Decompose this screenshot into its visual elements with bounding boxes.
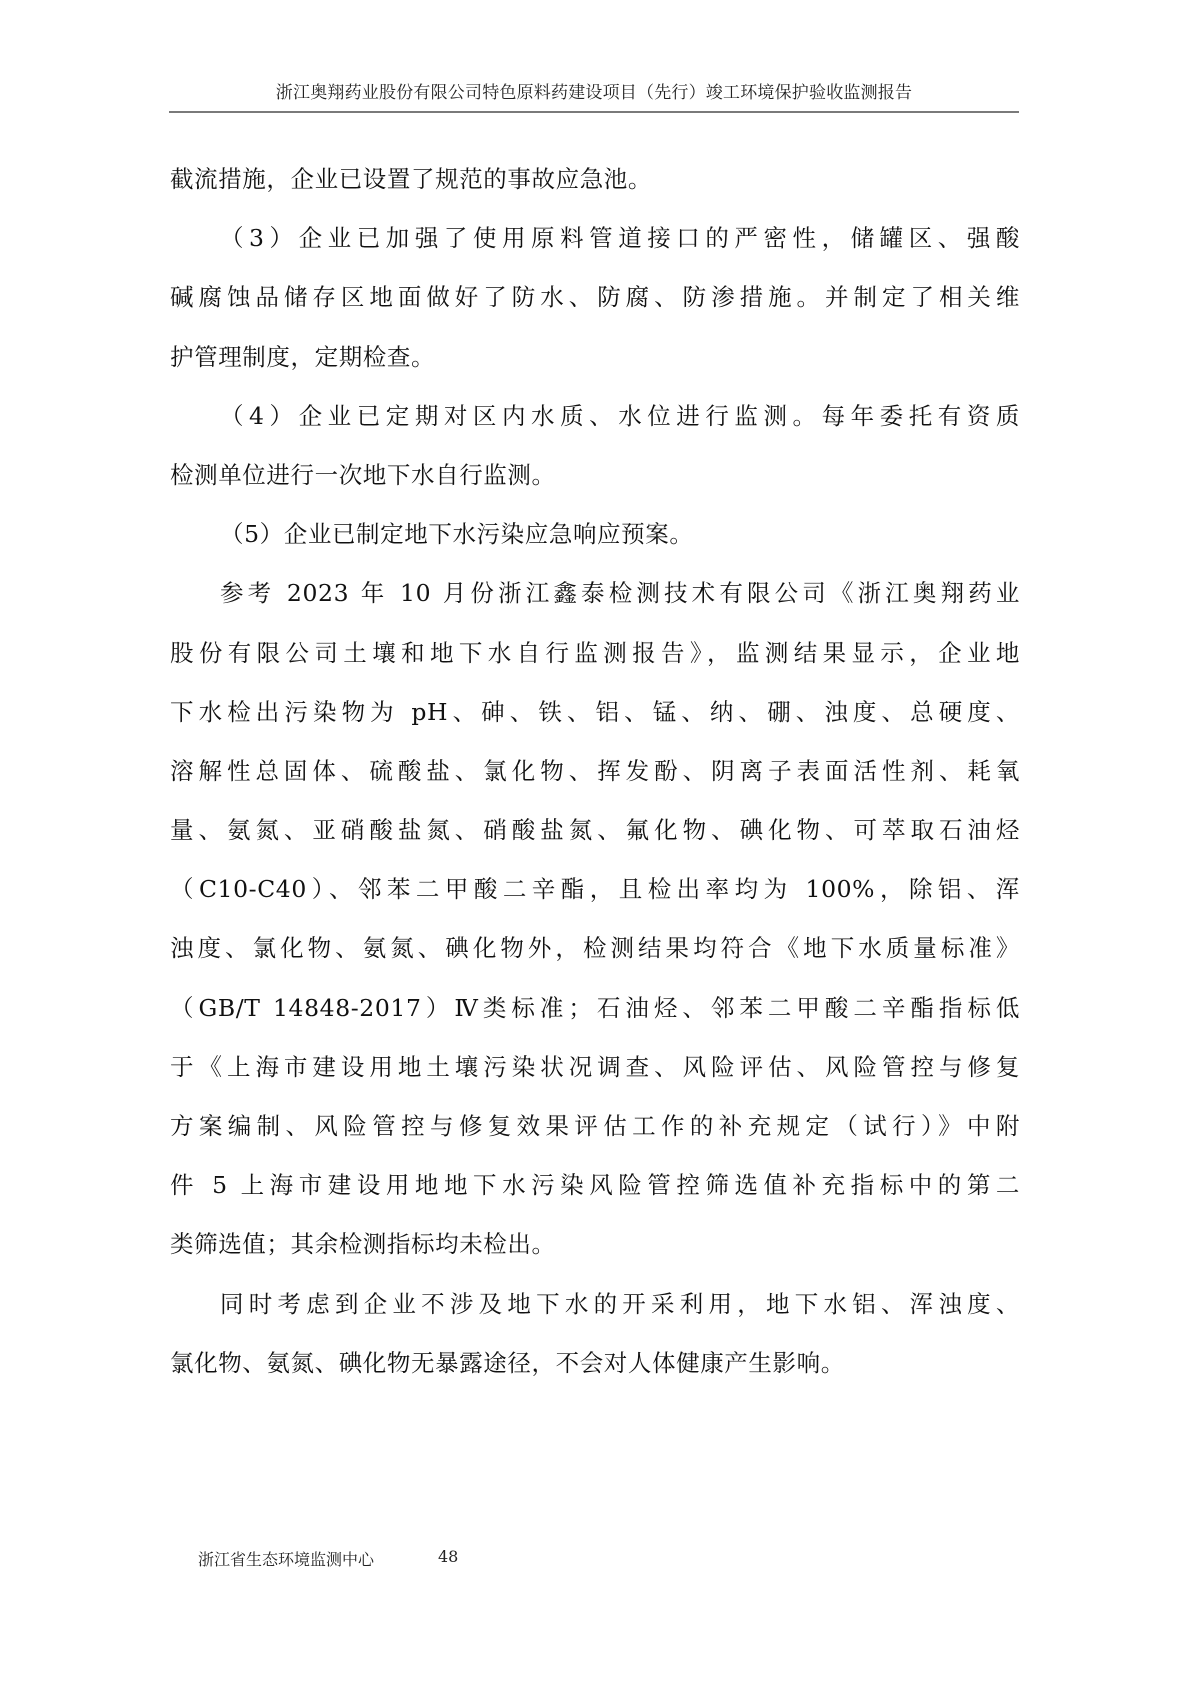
text-line: 参考 2023 年 10 月份浙江鑫泰检测技术有限公司《浙江奥翔药业 [170,564,1020,623]
text-line: 护管理制度，定期检查。 [170,328,1020,387]
text-line: （C10-C40）、邻苯二甲酸二辛酯，且检出率均为 100%，除铝、浑 [170,860,1020,919]
text-line: （5）企业已制定地下水污染应急响应预案。 [170,505,1020,564]
text-line: 检测单位进行一次地下水自行监测。 [170,446,1020,505]
paragraph-exposure: 同时考虑到企业不涉及地下水的开采利用，地下水铝、浑浊度、 氯化物、氨氮、碘化物无… [170,1275,1020,1393]
text-line: （4）企业已定期对区内水质、水位进行监测。每年委托有资质 [170,387,1020,446]
text-line: 量、氨氮、亚硝酸盐氮、硝酸盐氮、氟化物、碘化物、可萃取石油烃 [170,801,1020,860]
text-line: 下水检出污染物为 pH、砷、铁、铝、锰、纳、硼、浊度、总硬度、 [170,683,1020,742]
text-line: 氯化物、氨氮、碘化物无暴露途径，不会对人体健康产生影响。 [170,1334,1020,1393]
text-line: 类筛选值；其余检测指标均未检出。 [170,1215,1020,1274]
page-footer: 浙江省生态环境监测中心 48 [0,1547,1190,1577]
text-line: 碱腐蚀品储存区地面做好了防水、防腐、防渗措施。并制定了相关维 [170,268,1020,327]
page-header: 浙江奥翔药业股份有限公司特色原料药建设项目（先行）竣工环境保护验收监测报告 [169,80,1019,106]
report-title: 浙江奥翔药业股份有限公司特色原料药建设项目（先行）竣工环境保护验收监测报告 [276,83,912,103]
text-line: 溶解性总固体、硫酸盐、氯化物、挥发酚、阴离子表面活性剂、耗氧 [170,742,1020,801]
text-line: （3）企业已加强了使用原料管道接口的严密性，储罐区、强酸 [170,209,1020,268]
footer-organization: 浙江省生态环境监测中心 [198,1547,374,1570]
text-line: 股份有限公司土壤和地下水自行监测报告》，监测结果显示，企业地 [170,624,1020,683]
text-line: 件 5 上海市建设用地地下水污染风险管控筛选值补充指标中的第二 [170,1156,1020,1215]
text-line: 同时考虑到企业不涉及地下水的开采利用，地下水铝、浑浊度、 [170,1275,1020,1334]
text-line: 浊度、氯化物、氨氮、碘化物外，检测结果均符合《地下水质量标准》 [170,919,1020,978]
paragraph-item-4: （4）企业已定期对区内水质、水位进行监测。每年委托有资质 检测单位进行一次地下水… [170,387,1020,505]
text-line: 于《上海市建设用地土壤污染状况调查、风险评估、风险管控与修复 [170,1038,1020,1097]
text-line: 截流措施，企业已设置了规范的事故应急池。 [170,150,1020,209]
paragraph-item-5: （5）企业已制定地下水污染应急响应预案。 [170,505,1020,564]
text-line: （GB/T 14848-2017）Ⅳ类标准；石油烃、邻苯二甲酸二辛酯指标低 [170,979,1020,1038]
text-line: 方案编制、风险管控与修复效果评估工作的补充规定（试行）》中附 [170,1097,1020,1156]
paragraph-monitoring-results: 参考 2023 年 10 月份浙江鑫泰检测技术有限公司《浙江奥翔药业 股份有限公… [170,564,1020,1274]
paragraph-item-3: （3）企业已加强了使用原料管道接口的严密性，储罐区、强酸 碱腐蚀品储存区地面做好… [170,209,1020,387]
paragraph-continuation: 截流措施，企业已设置了规范的事故应急池。 [170,150,1020,209]
header-divider [169,111,1019,113]
page-number: 48 [438,1547,488,1566]
body-text: 截流措施，企业已设置了规范的事故应急池。 （3）企业已加强了使用原料管道接口的严… [170,150,1020,1393]
